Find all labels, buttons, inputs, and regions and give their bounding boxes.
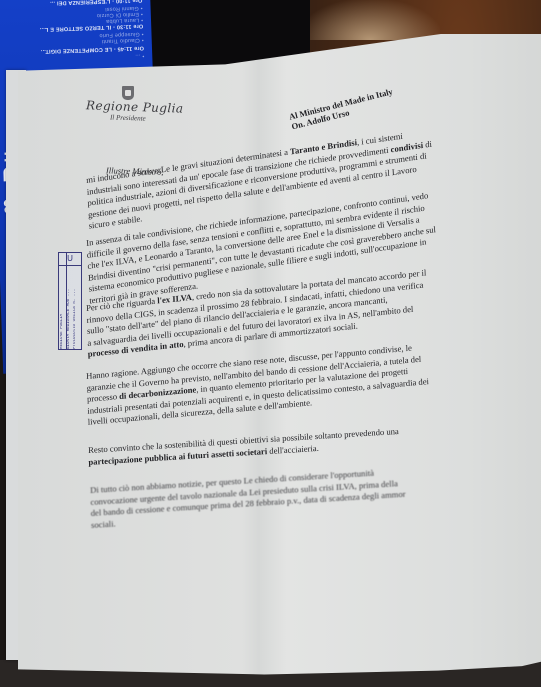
text: dell'acciaieria. [267,442,319,455]
letter-content: Regione Puglia Il Presidente Al Ministro… [0,0,541,687]
letterhead-subtitle: Il Presidente [110,113,146,122]
paragraph-6: Di tutto ciò non abbiamo notizie, per qu… [90,466,406,531]
stamp-text: Protocollo Uscita N. ... [73,253,79,349]
letterhead-title: Regione Puglia [86,98,184,115]
protocol-stamp: U REGIONE PUGLIA GIUNTA REGIONALE AOO ..… [58,252,82,350]
text: di [423,138,432,149]
recipient-block: Al Ministro del Made in Italy On. Adolfo… [288,86,396,131]
text: processo [87,391,120,404]
stamp-text: REGIONE PUGLIA [60,253,67,349]
paragraph-5: Resto convinto che la sostenibilità di q… [88,426,399,468]
crest-icon [122,86,134,100]
